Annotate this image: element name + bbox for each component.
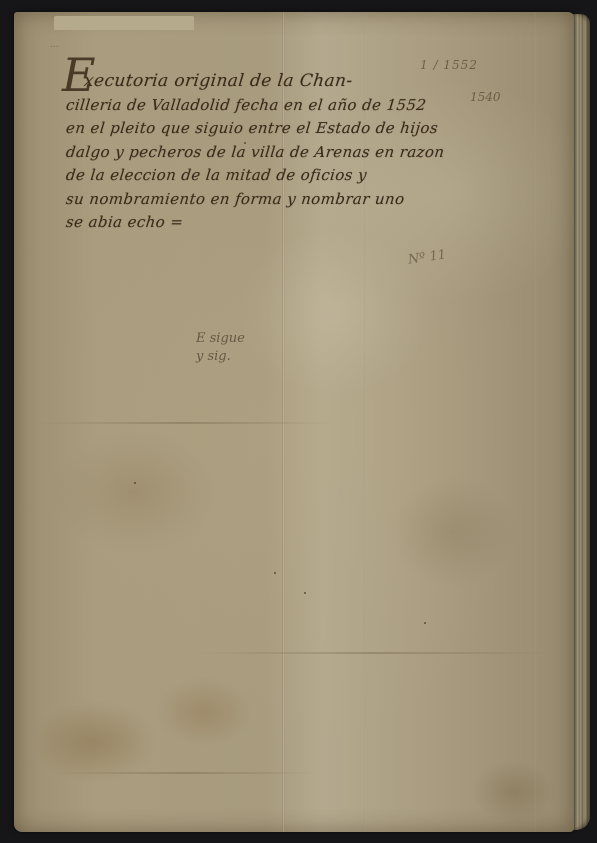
ink-speck — [274, 572, 276, 574]
vertical-fold-line — [534, 12, 536, 832]
ink-speck — [304, 592, 306, 594]
center-annotation: E sigue y sig. — [196, 330, 245, 366]
annotation-line: y sig. — [196, 348, 245, 366]
handwritten-line: cilleria de Valladolid fecha en el año d… — [65, 94, 407, 118]
top-right-secondary-number: 1540 — [470, 90, 501, 104]
horizontal-crease — [194, 652, 554, 654]
handwritten-line: su nombramiento en forma y nombrar uno — [65, 188, 407, 212]
handwritten-line: xecutoria original de la Chan- — [65, 70, 407, 94]
ink-speck — [424, 622, 426, 624]
horizontal-crease — [54, 772, 314, 774]
top-right-number: 1 / 1552 — [420, 58, 478, 72]
ink-speck — [134, 482, 136, 484]
torn-top-edge — [54, 16, 194, 30]
horizontal-crease — [34, 422, 334, 424]
handwritten-line: en el pleito que siguio entre el Estado … — [65, 117, 407, 141]
handwritten-line: dalgo y pecheros de la villa de Arenas e… — [65, 141, 407, 165]
handwritten-title-block: xecutoria original de la Chan- cilleria … — [66, 70, 406, 235]
top-left-note: ... — [50, 40, 59, 50]
handwritten-line: se abia echo = — [65, 211, 407, 235]
document-photograph: ... 1 / 1552 1540 E xecutoria original d… — [0, 0, 597, 843]
handwritten-line: de la eleccion de la mitad de oficios y — [65, 164, 407, 188]
annotation-line: E sigue — [196, 330, 245, 348]
